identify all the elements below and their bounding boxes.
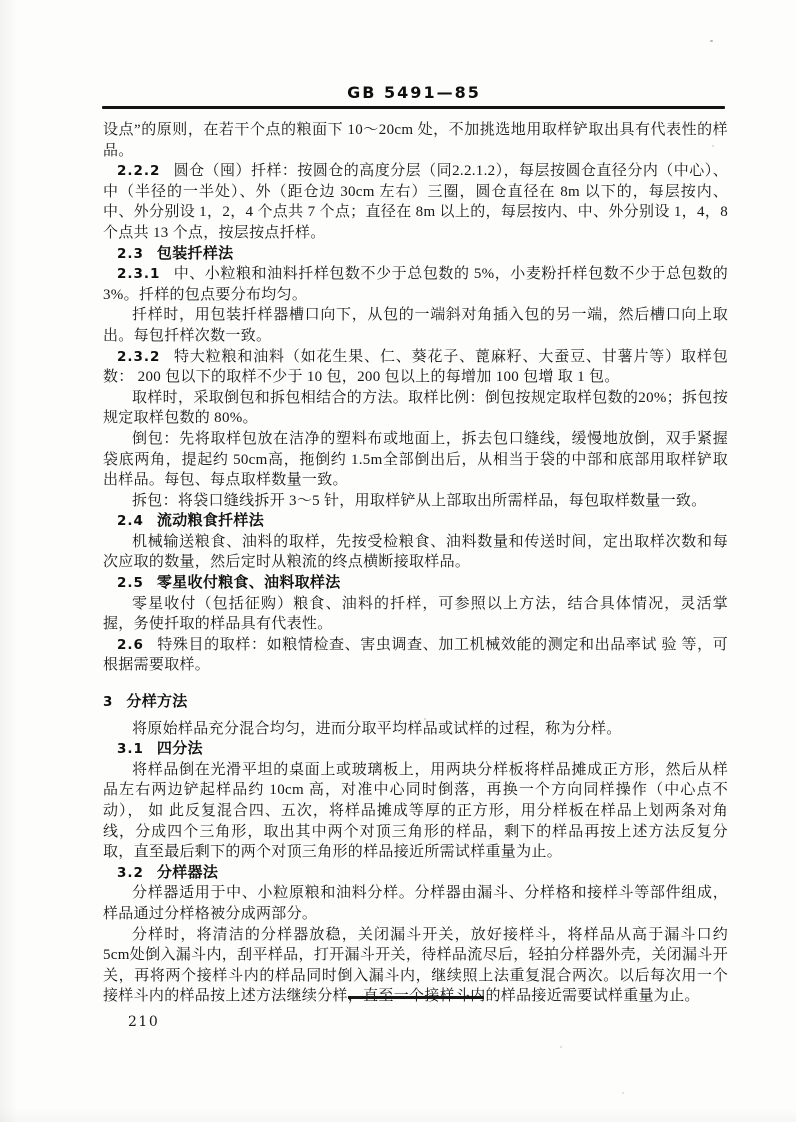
paragraph: 取样时，采取倒包和拆包相结合的方法。取样比例：倒包按规定取样包数的20%；拆包按… bbox=[103, 388, 728, 429]
paragraph: 3分样方法 bbox=[103, 692, 728, 713]
paragraph: 设点”的原则，在若干个点的粮面下 10～20cm 处，不加挑选地用取样铲取出具有… bbox=[103, 120, 728, 161]
paragraph: 2.2.2圆仓（囤）扦样：按圆仓的高度分层（同2.2.1.2），每层按圆仓直径分… bbox=[103, 161, 728, 243]
clause-title: 分样器法 bbox=[157, 865, 218, 881]
paragraph-text: 圆仓（囤）扦样：按圆仓的高度分层（同2.2.1.2），每层按圆仓直径分内（中心）… bbox=[103, 163, 728, 241]
clause-number: 2.2.2 bbox=[117, 163, 160, 179]
scan-speck bbox=[710, 40, 713, 42]
paragraph-text: 分样器适用于中、小粒原粮和油料分样。分样器由漏斗、分样格和接样斗等部件组成，样品… bbox=[103, 885, 728, 922]
clause-title: 包装扦样法 bbox=[157, 246, 234, 262]
paragraph-text: 特大粒粮和油料（如花生果、仁、葵花子、蓖麻籽、大蚕豆、甘薯片等）取样包数： 20… bbox=[103, 349, 728, 386]
paragraph: 2.3.1中、小粒粮和油料扦样包数不少于总包数的 5%，小麦粉扦样包数不少于总包… bbox=[103, 264, 728, 305]
header-rule bbox=[102, 106, 725, 109]
paragraph: 将样品倒在光滑平坦的桌面上或玻璃板上，用两块分样板将样品摊成正方形，然后从样品左… bbox=[103, 760, 728, 863]
paragraph: 3.2分样器法 bbox=[103, 863, 728, 884]
paragraph-text: 特殊目的取样：如粮情检查、害虫调查、加工机械效能的测定和出品率试 验 等，可根据… bbox=[103, 637, 728, 674]
clause-title: 四分法 bbox=[157, 741, 203, 757]
clause-number: 2.5 bbox=[117, 575, 144, 591]
clause-title: 流动粮食扦样法 bbox=[157, 513, 264, 529]
clause-number: 3.2 bbox=[117, 865, 144, 881]
clause-number: 3 bbox=[103, 694, 113, 710]
paragraph: 拆包：将袋口缝线拆开 3～5 针，用取样铲从上部取出所需样品，每包取样数量一致。 bbox=[103, 491, 728, 512]
clause-number: 2.4 bbox=[117, 513, 144, 529]
page-number: 210 bbox=[128, 1014, 159, 1030]
paragraph: 倒包：先将取样包放在洁净的塑料布或地面上，拆去包口缝线，缓慢地放倒，双手紧握袋底… bbox=[103, 429, 728, 491]
paragraph-text: 将原始样品充分混合均匀，进而分取平均样品或试样的过程，称为分样。 bbox=[132, 721, 622, 737]
document-page: GB 5491—85 设点”的原则，在若干个点的粮面下 10～20cm 处，不加… bbox=[0, 0, 796, 1122]
paragraph: 2.5零星收付粮食、油料取样法 bbox=[103, 573, 728, 594]
end-of-text-rule bbox=[348, 996, 484, 999]
clause-title: 分样方法 bbox=[126, 694, 187, 710]
paragraph: 2.3包装扦样法 bbox=[103, 244, 728, 265]
paragraph-text: 扦样时，用包装扦样器槽口向下，从包的一端斜对角插入包的另一端，然后槽口向上取出。… bbox=[103, 307, 728, 344]
paragraph: 分样时，将清洁的分样器放稳，关闭漏斗开关，放好接样斗，将样品从高于漏斗口约 5c… bbox=[103, 925, 728, 1007]
paragraph-text: 倒包：先将取样包放在洁净的塑料布或地面上，拆去包口缝线，缓慢地放倒，双手紧握袋底… bbox=[103, 431, 728, 488]
clause-number: 2.3 bbox=[117, 246, 144, 262]
scan-speck bbox=[622, 1092, 624, 1094]
paragraph-text: 拆包：将袋口缝线拆开 3～5 针，用取样铲从上部取出所需样品，每包取样数量一致。 bbox=[132, 493, 707, 509]
clause-number: 3.1 bbox=[117, 741, 144, 757]
paragraph-text: 取样时，采取倒包和拆包相结合的方法。取样比例：倒包按规定取样包数的20%；拆包按… bbox=[103, 390, 728, 427]
paragraph: 分样器适用于中、小粒原粮和油料分样。分样器由漏斗、分样格和接样斗等部件组成，样品… bbox=[103, 883, 728, 924]
scan-speck bbox=[712, 145, 714, 147]
paragraph: 2.3.2特大粒粮和油料（如花生果、仁、葵花子、蓖麻籽、大蚕豆、甘薯片等）取样包… bbox=[103, 347, 728, 388]
scan-speck bbox=[560, 1046, 562, 1048]
scan-speck bbox=[291, 622, 293, 624]
paragraph: 2.6特殊目的取样：如粮情检查、害虫调查、加工机械效能的测定和出品率试 验 等，… bbox=[103, 635, 728, 676]
paragraph: 3.1四分法 bbox=[103, 739, 728, 760]
clause-title: 零星收付粮食、油料取样法 bbox=[157, 575, 341, 591]
paragraph: 机械输送粮食、油料的取样，先按受检粮食、油料数量和传送时间，定出取样次数和每次应… bbox=[103, 532, 728, 573]
scan-speck bbox=[424, 718, 426, 720]
clause-number: 2.6 bbox=[117, 637, 144, 653]
paragraph-text: 中、小粒粮和油料扦样包数不少于总包数的 5%，小麦粉扦样包数不少于总包数的 3%… bbox=[103, 266, 728, 303]
paragraph: 将原始样品充分混合均匀，进而分取平均样品或试样的过程，称为分样。 bbox=[103, 719, 728, 740]
paragraph-text: 将样品倒在光滑平坦的桌面上或玻璃板上，用两块分样板将样品摊成正方形，然后从样品左… bbox=[103, 762, 728, 860]
clause-number: 2.3.1 bbox=[117, 266, 160, 282]
paragraph-text: 零星收付（包括征购）粮食、油料的扦样，可参照以上方法，结合具体情况，灵活掌握，务… bbox=[103, 596, 728, 633]
document-body: 设点”的原则，在若干个点的粮面下 10～20cm 处，不加挑选地用取样铲取出具有… bbox=[103, 120, 728, 1007]
paragraph: 2.4流动粮食扦样法 bbox=[103, 511, 728, 532]
standard-number: GB 5491—85 bbox=[103, 83, 725, 102]
clause-number: 2.3.2 bbox=[117, 349, 160, 365]
paragraph: 零星收付（包括征购）粮食、油料的扦样，可参照以上方法，结合具体情况，灵活掌握，务… bbox=[103, 594, 728, 635]
paragraph-text: 分样时，将清洁的分样器放稳，关闭漏斗开关，放好接样斗，将样品从高于漏斗口约 5c… bbox=[103, 927, 728, 1005]
paragraph-text: 设点”的原则，在若干个点的粮面下 10～20cm 处，不加挑选地用取样铲取出具有… bbox=[103, 122, 728, 159]
paragraph: 扦样时，用包装扦样器槽口向下，从包的一端斜对角插入包的另一端，然后槽口向上取出。… bbox=[103, 305, 728, 346]
paragraph-text: 机械输送粮食、油料的取样，先按受检粮食、油料数量和传送时间，定出取样次数和每次应… bbox=[103, 534, 728, 571]
